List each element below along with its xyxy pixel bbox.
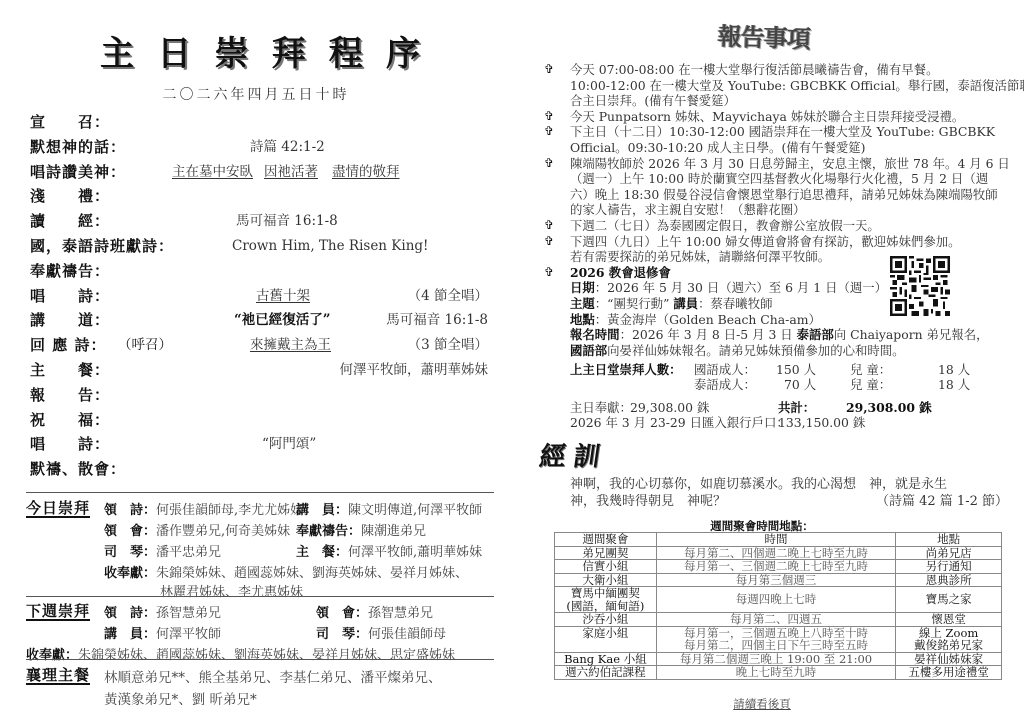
verse-note: （3 節全唱）: [408, 333, 488, 358]
meeting-time: 每月第一、三個週二晚上七時至九時: [656, 560, 895, 574]
order-label: 唱 詩：: [30, 284, 110, 309]
communion-officiants: 何澤平牧師，蕭明華姊妹: [340, 358, 489, 383]
table-header-row: 週間聚會 時間 地點: [555, 533, 1002, 547]
meeting-place: 五樓多用途禮堂: [896, 666, 1002, 680]
stat-label: 兒 童：: [850, 375, 891, 393]
meeting-name-line: 寶馬中緬團契: [557, 587, 654, 600]
title-char: 崇: [214, 26, 248, 75]
order-row-choir: 國，泰語詩班獻詩： Crown Him, The Risen King!: [30, 234, 500, 259]
attendance-label: 上主日堂崇拜人數：: [570, 360, 682, 378]
announcement-text: 陳端陽牧師於 2026 年 3 月 30 日息勞歸主，安息主懷，旅世 78 年。…: [570, 156, 1012, 172]
communion-helpers: 襄理主餐 林順意弟兄**、熊全基弟兄、李基仁弟兄、潘平燦弟兄、 黃漢象弟兄*、劉…: [26, 664, 496, 708]
role-value: 孫智慧弟兄: [156, 606, 221, 621]
song-title: 主在墓中安臥: [172, 160, 253, 185]
meeting-name: 沙吞小組: [555, 613, 657, 627]
registration-contact: 向 Chaiyaporn 弟兄報名，: [834, 327, 989, 342]
stat-value: 133,150.00 銖: [778, 413, 865, 431]
announcement-text: 下週二（七日）為泰國國定假日，教會辦公室放假一天。: [570, 218, 1012, 234]
order-row-baptism: 淺 禮：: [30, 184, 500, 209]
next-week-roster: 下週崇拜 領 詩：孫智慧弟兄 領 會：孫智慧弟兄 講 員：何澤平牧師 司 琴：何…: [26, 600, 496, 662]
order-label: 國，泰語詩班獻詩：: [30, 234, 174, 259]
role-label: 講 員：: [296, 503, 348, 518]
meeting-time: 每月第三個週三: [656, 573, 895, 587]
announcement-text: 下週四（九日）上午 10:00 婦女傳道會將會有探訪，歡迎姊妹們參加。: [570, 234, 1012, 250]
role-label: 司 琴：: [316, 627, 368, 642]
announcement-text: 10:00-12:00 在一樓大堂及 YouTube: GBCBKK Offic…: [570, 78, 1012, 94]
registration-contact: 向晏祥仙姊妹報名。請弟兄姊妹預備參加的心和時間。: [607, 343, 904, 358]
order-label: 主 餐：: [30, 358, 110, 383]
divider: [26, 492, 494, 493]
announcement-item: ✞ 陳端陽牧師於 2026 年 3 月 30 日息勞歸主，安息主懷，旅世 78 …: [542, 156, 1012, 218]
meeting-time: 晚上七時至九時: [656, 666, 895, 680]
retreat-venue: ：黃金海岸（Golden Beach Cha-am）: [595, 312, 821, 327]
announcement-text: （週一）上午 10:00 時於蘭實空四基督教火化場舉行火化禮，5 月 2 日（週: [570, 171, 1012, 187]
order-row-praise: 唱詩讚美神： 主在墓中安臥 因祂活著 盡情的敬拜: [30, 160, 500, 185]
meeting-name: 寶馬中緬團契(國語，緬甸語): [555, 587, 657, 613]
role-value: 朱錦榮姊妹、趙國蕊姊妹、劉海英姊妹、晏祥月姊妹、思定盛姊妹: [78, 648, 455, 663]
role-value: 陳潮進弟兄: [361, 524, 426, 539]
stat-value: 70 人: [784, 375, 816, 393]
role-label: 司 琴：: [104, 545, 156, 560]
announcement-text: 今天 07:00-08:00 在一樓大堂舉行復活節晨曦禱告會，備有早餐。: [570, 62, 1012, 78]
role-label: 收奉獻：: [104, 566, 156, 581]
meeting-place: 晏祥仙姊妹家: [896, 652, 1002, 666]
order-label: 奉獻禱告：: [30, 259, 110, 284]
cross-bullet-icon: ✞: [544, 62, 554, 78]
column-header: 週間聚會: [555, 533, 657, 547]
verse-title: 經訓: [537, 436, 610, 473]
meeting-place: 另行通知: [896, 560, 1002, 574]
role-label: 講 員：: [104, 627, 156, 642]
sermon-title: “祂已經復活了”: [234, 308, 331, 333]
altar-call-note: （呼召）: [118, 333, 172, 358]
stat-label: 2026 年 3 月 23-29 日匯入銀行戶口：: [570, 413, 789, 431]
field-label: 主題: [570, 296, 595, 311]
field-label: 報名時間: [570, 327, 620, 342]
announcement-item: ✞ 今天 Punpatsorn 姊妹、Mayvichaya 姊妹於聯合主日崇拜接…: [542, 109, 1012, 125]
song-title: 因祂活著: [264, 160, 318, 185]
meeting-time-line: 每月第二，四個主日下午三時至五時: [659, 639, 893, 652]
order-row-sermon: 講 道： “祂已經復活了” 馬可福音 16:1-8: [30, 308, 500, 333]
role-value: 林麗君姊妹、李尤惠姊妹: [160, 581, 303, 600]
order-row-reading: 讀 經： 馬可福音 16:1-8: [30, 209, 500, 234]
meeting-time: 每月第二、四週五: [656, 613, 895, 627]
announcement-text: 六）晚上 18:30 假曼谷浸信會懷恩堂舉行追思禮拜，請弟兄姊妹為陳端陽牧師: [570, 187, 1012, 203]
retreat-title: 2026 教會退修會: [570, 265, 671, 280]
order-label: 報 告：: [30, 383, 110, 408]
role-value: 何張佳韻師母: [368, 627, 446, 642]
order-label: 回 應 詩：: [30, 333, 106, 358]
role-label: 領 會：: [104, 524, 156, 539]
order-label: 唱詩讚美神：: [30, 160, 126, 185]
meeting-name: 大衛小組: [555, 573, 657, 587]
meeting-time: 每週四晚上七時: [656, 587, 895, 613]
table-row: 週六約伯記課程 晚上七時至九時 五樓多用途禮堂: [555, 666, 1002, 680]
divider: [26, 596, 494, 597]
order-label: 祝 福：: [30, 408, 110, 433]
announcement-item: ✞ 下主日（十二日）10:30-12:00 國語崇拜在一樓大堂及 YouTube…: [542, 124, 1012, 155]
order-label: 讀 經：: [30, 209, 110, 234]
verse-note: （4 節全唱）: [408, 284, 488, 309]
meeting-place: 尚弟兄店: [896, 546, 1002, 560]
order-row-meditation: 默想神的話： 詩篇 42:1-2: [30, 135, 500, 160]
weekly-meetings-table: 週間聚會 時間 地點 弟兄團契 每月第二、四個週二晚上七時至九時 尚弟兄店 信實…: [554, 532, 1002, 680]
field-label: 講員: [673, 296, 698, 311]
meeting-place: 寶馬之家: [896, 587, 1002, 613]
qr-code-icon[interactable]: [890, 256, 950, 316]
cross-bullet-icon: ✞: [544, 109, 554, 125]
verse-reference: （詩篇 42 篇 1-2 節）: [876, 493, 1008, 510]
table-row: Bang Kae 小組 每月第二個週三晚上 19:00 至 21:00 晏祥仙姊…: [555, 652, 1002, 666]
retreat-theme: ：“團契行動”: [595, 296, 670, 311]
meeting-name: 信實小組: [555, 560, 657, 574]
role-value: 何張佳韻師母,李尤尤姊妹: [156, 503, 303, 518]
order-of-service: 宣 召： 默想神的話： 詩篇 42:1-2 唱詩讚美神： 主在墓中安臥 因祂活著…: [30, 110, 500, 482]
announcement-text: 今天 Punpatsorn 姊妹、Mayvichaya 姊妹於聯合主日崇拜接受浸…: [570, 109, 1012, 125]
announcement-item: ✞ 下週二（七日）為泰國國定假日，教會辦公室放假一天。: [542, 218, 1012, 234]
scripture-ref: 馬可福音 16:1-8: [386, 308, 488, 333]
section-title: 下週崇拜: [26, 600, 90, 621]
order-label: 默禱、散會：: [30, 457, 126, 482]
cross-bullet-icon: ✞: [544, 218, 554, 234]
verse-text: 神啊，我的心切慕你，如鹿切慕溪水。我的心渴想 神，就是永生: [570, 476, 1010, 493]
role-value: 何澤平牧師: [156, 627, 221, 642]
role-label: 領 詩：: [104, 606, 156, 621]
table-row: 家庭小組 每月第一，三個週五晚上八時至十時每月第二，四個主日下午三時至五時 線上…: [555, 626, 1002, 652]
field-label: 地點: [570, 312, 595, 327]
meeting-time: 每月第二個週三晚上 19:00 至 21:00: [656, 652, 895, 666]
page-title: 主 日 崇 拜 程 序: [100, 26, 420, 75]
title-char: 主: [100, 26, 134, 75]
continue-link[interactable]: 請續看後頁: [512, 696, 1012, 712]
memory-verse: 神啊，我的心切慕你，如鹿切慕溪水。我的心渴想 神，就是永生 神，我幾時得朝見 神…: [570, 476, 1010, 510]
order-label: 唱 詩：: [30, 432, 110, 457]
field-label: 泰語部: [797, 327, 834, 342]
announcement-text: 的家人禱告，求主親自安慰！（懇辭花圈）: [570, 202, 1012, 218]
retreat-speaker: ：蔡春曦牧師: [698, 296, 772, 311]
order-label: 宣 召：: [30, 110, 110, 135]
order-row-communion: 主 餐： 何澤平牧師，蕭明華姊妹: [30, 358, 500, 383]
verse-text: 神，我幾時得朝見 神呢？: [570, 494, 726, 509]
column-header: 地點: [896, 533, 1002, 547]
section-title: 今日崇拜: [26, 497, 90, 518]
worship-order-page: 主 日 崇 拜 程 序 二〇二六年四月五日十時 宣 召： 默想神的話： 詩篇 4…: [0, 0, 512, 724]
table-row: 寶馬中緬團契(國語，緬甸語) 每週四晚上七時 寶馬之家: [555, 587, 1002, 613]
table-row: 大衛小組 每月第三個週三 恩典診所: [555, 573, 1002, 587]
announcement-text: 合主日崇拜。(備有午餐愛筵）: [570, 93, 1012, 109]
role-value: 潘作豐弟兄,何奇美姊妹: [156, 524, 290, 539]
title-char: 拜: [272, 26, 306, 75]
song-title: “阿門頌”: [262, 432, 316, 457]
order-label: 淺 禮：: [30, 184, 110, 209]
meeting-name-line: (國語，緬甸語): [557, 600, 654, 613]
role-label: 領 詩：: [104, 503, 156, 518]
field-label: 國語部: [570, 343, 607, 358]
scripture-ref: 馬可福音 16:1-8: [236, 209, 338, 234]
helper-names: 黃漢象弟兄*、劉 昕弟兄*: [104, 688, 257, 708]
service-date: 二〇二六年四月五日十時: [0, 84, 512, 104]
divider: [26, 659, 494, 660]
song-title: 盡情的敬拜: [332, 160, 400, 185]
meeting-place: 線上 Zoom戴俊銘弟兄家: [896, 626, 1002, 652]
order-row-closing-hymn: 唱 詩： “阿門頌”: [30, 432, 500, 457]
helper-names: 林順意弟兄**、熊全基弟兄、李基仁弟兄、潘平燦弟兄、: [104, 666, 442, 686]
role-label: 主 餐：: [296, 545, 348, 560]
role-label: 領 會：: [316, 606, 368, 621]
order-row-response: 回 應 詩： （呼召） 來擁戴主為王 （3 節全唱）: [30, 333, 500, 358]
announcement-text: Official。09:30-10:20 成人主日學。(備有午餐愛筵): [570, 140, 1012, 156]
meeting-place: 懷恩堂: [896, 613, 1002, 627]
cross-bullet-icon: ✞: [544, 124, 554, 140]
announcements-page: 報告事項 ✞ 今天 07:00-08:00 在一樓大堂舉行復活節晨曦禱告會，備有…: [512, 0, 1024, 724]
meeting-name: 家庭小組: [555, 626, 657, 652]
choir-song: Crown Him, The Risen King!: [232, 234, 428, 259]
title-char: 程: [329, 26, 363, 75]
order-row-dismissal: 默禱、散會：: [30, 457, 500, 482]
order-row-hymn: 唱 詩： 古舊十架 （4 節全唱）: [30, 284, 500, 309]
stat-value: 18 人: [938, 375, 970, 393]
cross-bullet-icon: ✞: [544, 234, 554, 250]
today-roster: 今日崇拜 領 詩：何張佳韻師母,李尤尤姊妹 講 員：陳文明傳道,何澤平牧師 領 …: [26, 497, 496, 592]
registration-period: ：2026 年 3 月 8 日-5 月 3 日: [620, 327, 797, 342]
meeting-name: 週六約伯記課程: [555, 666, 657, 680]
meeting-name: Bang Kae 小組: [555, 652, 657, 666]
role-value: 何澤平牧師,蕭明華姊妹: [348, 545, 482, 560]
order-row-offering-prayer: 奉獻禱告：: [30, 259, 500, 284]
order-row-announcements: 報 告：: [30, 383, 500, 408]
role-value: 陳文明傳道,何澤平牧師: [348, 503, 482, 518]
section-title: 襄理主餐: [26, 664, 90, 685]
order-label: 講 道：: [30, 308, 110, 333]
order-row-benediction: 祝 福：: [30, 408, 500, 433]
table-row: 沙吞小組 每月第二、四週五 懷恩堂: [555, 613, 1002, 627]
meeting-place: 恩典診所: [896, 573, 1002, 587]
role-label: 收奉獻：: [26, 648, 78, 663]
song-title: 來擁戴主為王: [250, 333, 331, 358]
order-label: 默想神的話：: [30, 135, 126, 160]
role-value: 朱錦榮姊妹、趙國蕊姊妹、劉海英姊妹、晏祥月姊妹、: [156, 566, 468, 581]
title-char: 序: [386, 26, 420, 75]
order-row-call: 宣 召：: [30, 110, 500, 135]
table-row: 弟兄團契 每月第二、四個週二晚上七時至九時 尚弟兄店: [555, 546, 1002, 560]
role-value: 潘平忠弟兄: [156, 545, 221, 560]
cross-bullet-icon: ✞: [544, 156, 554, 172]
announcements-title: 報告事項: [717, 16, 810, 54]
stat-label: 泰語成人：: [694, 375, 756, 393]
title-char: 日: [157, 26, 191, 75]
meeting-time: 每月第一，三個週五晚上八時至十時每月第二，四個主日下午三時至五時: [656, 626, 895, 652]
meeting-name: 弟兄團契: [555, 546, 657, 560]
role-value: 孫智慧弟兄: [368, 606, 433, 621]
announcement-text: 下主日（十二日）10:30-12:00 國語崇拜在一樓大堂及 YouTube: …: [570, 124, 1012, 140]
cross-bullet-icon: ✞: [544, 265, 554, 281]
song-title: 古舊十架: [256, 284, 310, 309]
announcement-item: ✞ 今天 07:00-08:00 在一樓大堂舉行復活節晨曦禱告會，備有早餐。 1…: [542, 62, 1012, 109]
role-label: 奉獻禱告：: [296, 524, 361, 539]
scripture-ref: 詩篇 42:1-2: [250, 135, 325, 160]
retreat-date: ：2026 年 5 月 30 日（週六）至 6 月 1 日（週一）: [595, 280, 887, 295]
column-header: 時間: [656, 533, 895, 547]
table-row: 信實小組 每月第一、三個週二晚上七時至九時 另行通知: [555, 560, 1002, 574]
meeting-time: 每月第二、四個週二晚上七時至九時: [656, 546, 895, 560]
field-label: 日期: [570, 280, 595, 295]
meeting-place-line: 戴俊銘弟兄家: [898, 639, 999, 652]
